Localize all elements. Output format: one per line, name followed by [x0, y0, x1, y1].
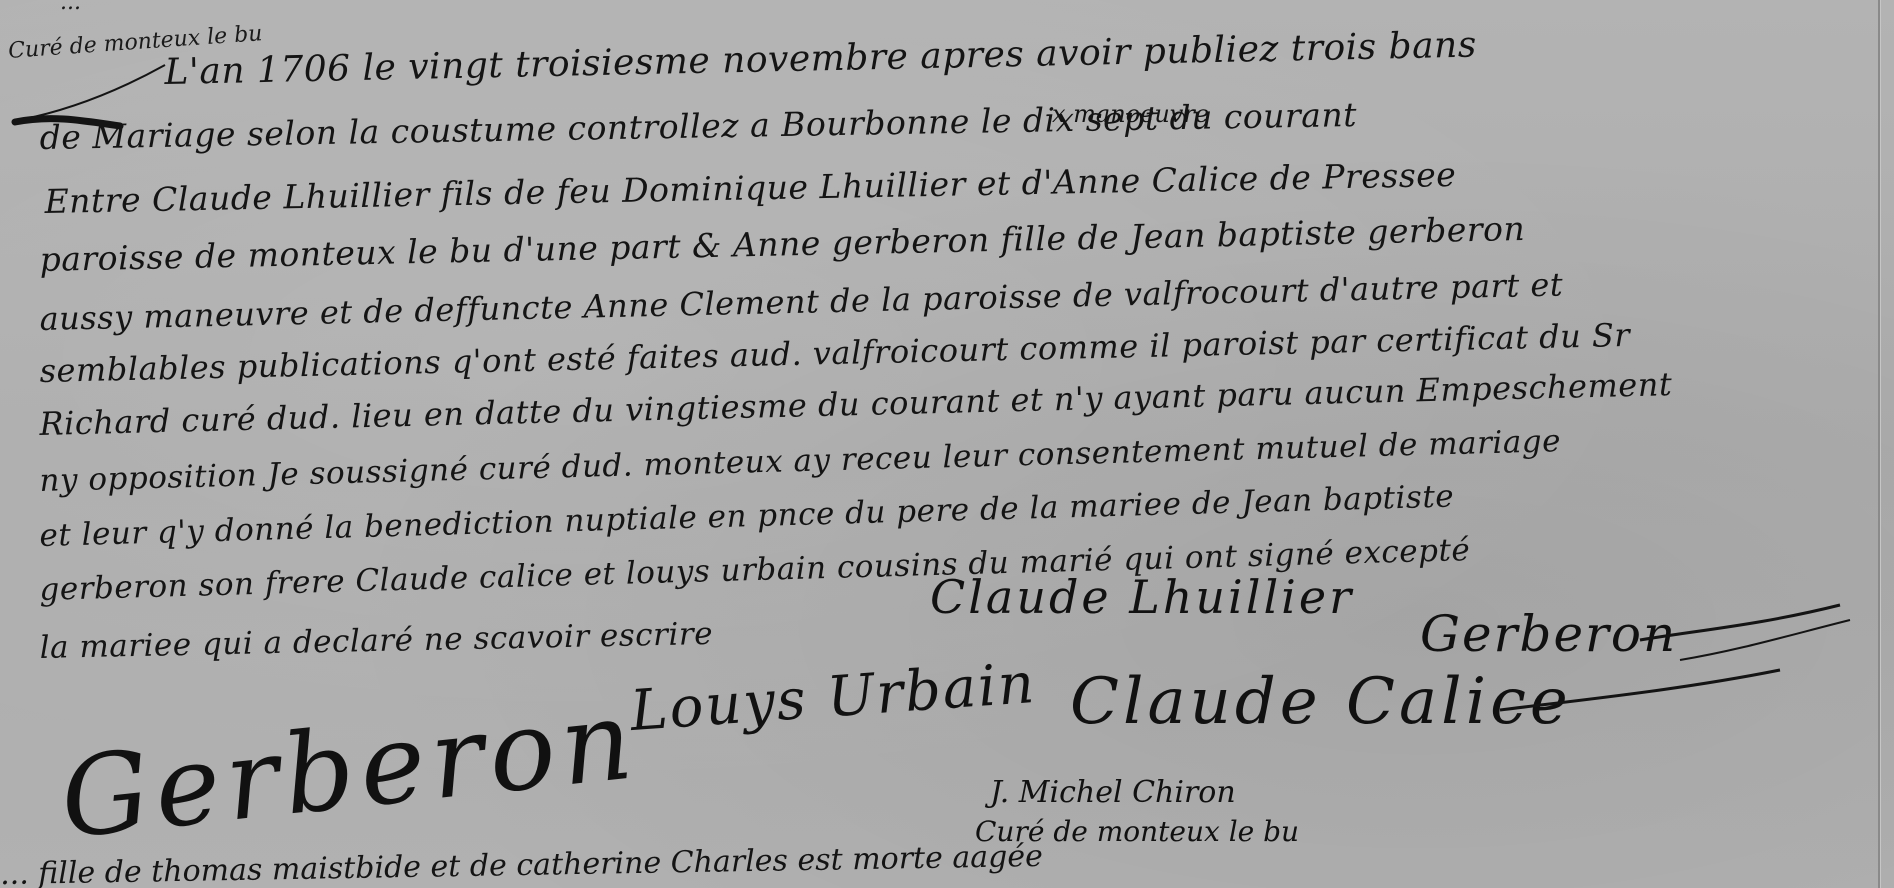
- signature-priest-name: J. Michel Chiron: [990, 775, 1236, 810]
- signature-claude-lhuillier: Claude Lhuillier: [930, 570, 1354, 624]
- entry-line-11: la mariee qui a declaré ne scavoir escri…: [39, 616, 713, 666]
- paper-right-edge: [1878, 0, 1880, 888]
- signature-claude-calice: Claude Calice: [1070, 665, 1572, 739]
- signature-gerberon-left: Gerberon: [55, 675, 644, 863]
- entry-line-3: Entre Claude Lhuillier fils de feu Domin…: [44, 155, 1456, 221]
- signature-calice-flourish-icon: [1500, 660, 1800, 740]
- signature-louys-urbain: Louys Urbain: [628, 651, 1038, 744]
- entry-line-1: L'an 1706 le vingt troisiesme novembre a…: [164, 25, 1477, 93]
- entry-line-2: de Mariage selon la coustume controllez …: [39, 95, 1357, 157]
- entry-line-4: paroisse de monteux le bu d'une part & A…: [39, 209, 1525, 279]
- register-page: ... Curé de monteux le bu x manoeuvre L'…: [0, 0, 1894, 888]
- margin-top-fragment: ...: [60, 0, 81, 15]
- signature-gerberon-right: Gerberon: [1420, 605, 1677, 663]
